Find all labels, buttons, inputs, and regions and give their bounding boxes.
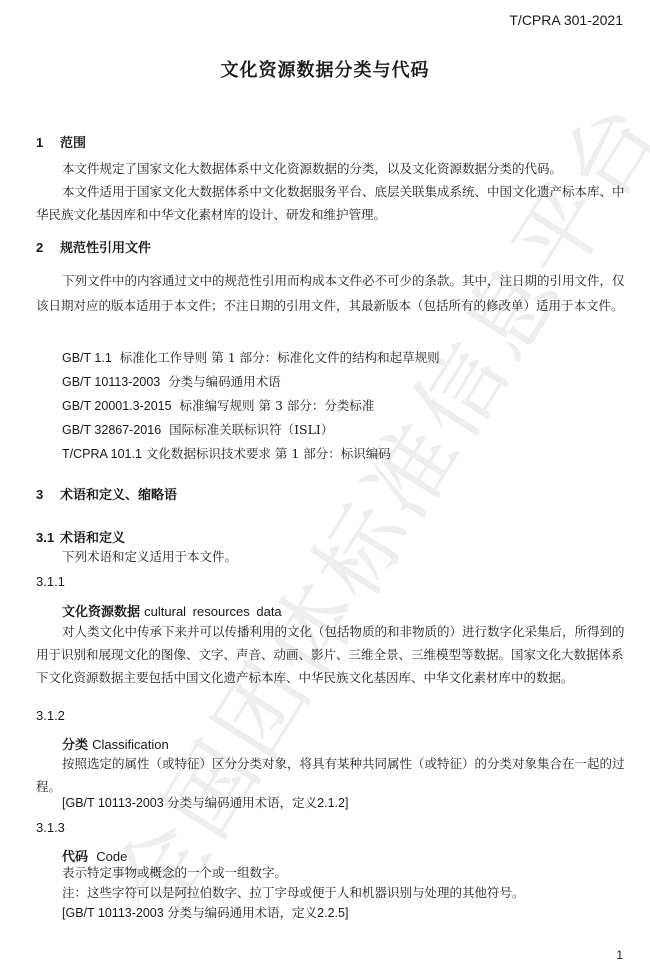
paragraph: 下列文件中的内容通过文中的规范性引用而构成本文件必不可少的条款。其中，注日期的引… bbox=[36, 268, 626, 318]
term-number: 3.1.1 bbox=[36, 574, 65, 589]
reference-item: GB/T 1.1 标准化工作导则 第 1 部分：标准化文件的结构和起草规则 bbox=[62, 346, 440, 370]
term-source: [GB/T 10113-2003 分类与编码通用术语，定义2.1.2] bbox=[62, 793, 348, 811]
reference-code: GB/T 20001.3-2015 bbox=[62, 399, 172, 413]
term-en: cultural resources data bbox=[144, 604, 282, 619]
subsection-3-1-heading: 3.1术语和定义 bbox=[36, 527, 125, 546]
reference-item: T/CPRA 101.1 文化数据标识技术要求 第 1 部分：标识编码 bbox=[62, 442, 440, 466]
section-title: 术语和定义、缩略语 bbox=[60, 488, 177, 503]
reference-title: 分类与编码通用术语 bbox=[168, 374, 281, 389]
source-citation: [GB/T 10113-2003 分类与编码通用术语，定义2.1.2] bbox=[62, 796, 348, 810]
reference-title: 标准编写规则 第 3 部分：分类标准 bbox=[180, 398, 375, 413]
term-number: 3.1.2 bbox=[36, 708, 65, 723]
section-2-intro: 下列文件中的内容通过文中的规范性引用而构成本文件必不可少的条款。其中，注日期的引… bbox=[36, 268, 626, 318]
paragraph: 表示特定事物或概念的一个或一组数字。 bbox=[62, 863, 525, 883]
reference-code: GB/T 10113-2003 bbox=[62, 375, 160, 389]
term-definition: 按照选定的属性（或特征）区分分类对象，将具有某种共同属性（或特征）的分类对象集合… bbox=[36, 752, 626, 798]
paragraph: 对人类文化中传承下来并可以传播利用的文化（包括物质的和非物质的）进行数字化采集后… bbox=[36, 620, 626, 689]
section-number: 2 bbox=[36, 240, 60, 255]
subsection-3-1-intro: 下列术语和定义适用于本文件。 bbox=[62, 545, 237, 568]
reference-code: GB/T 32867-2016 bbox=[62, 423, 161, 437]
watermark: 全国团体标准信息平台 bbox=[80, 225, 585, 933]
term-en: Code bbox=[96, 849, 127, 864]
term-definition: 表示特定事物或概念的一个或一组数字。 注：这些字符可以是阿拉伯数字、拉丁字母或便… bbox=[62, 863, 525, 923]
section-3-heading: 3术语和定义、缩略语 bbox=[36, 484, 177, 503]
section-2-heading: 2规范性引用文件 bbox=[36, 237, 151, 256]
term-zh: 分类 bbox=[62, 738, 88, 753]
section-1-heading: 1范围 bbox=[36, 132, 86, 151]
paragraph: 按照选定的属性（或特征）区分分类对象，将具有某种共同属性（或特征）的分类对象集合… bbox=[36, 752, 626, 798]
paragraph: 本文件规定了国家文化大数据体系中文化资源数据的分类，以及文化资源数据分类的代码。 bbox=[36, 157, 626, 180]
reference-title: 文化数据标识技术要求 第 1 部分：标识编码 bbox=[146, 446, 391, 461]
term-en: Classification bbox=[92, 737, 169, 752]
reference-item: GB/T 20001.3-2015 标准编写规则 第 3 部分：分类标准 bbox=[62, 394, 440, 418]
term-number: 3.1.3 bbox=[36, 820, 65, 835]
reference-code: T/CPRA 101.1 bbox=[62, 447, 142, 461]
reference-item: GB/T 10113-2003 分类与编码通用术语 bbox=[62, 370, 440, 394]
section-title: 范围 bbox=[60, 136, 86, 151]
page-number: 1 bbox=[616, 948, 623, 962]
section-1-body: 本文件规定了国家文化大数据体系中文化资源数据的分类，以及文化资源数据分类的代码。… bbox=[36, 157, 626, 226]
section-number: 3 bbox=[36, 487, 60, 502]
document-title: 文化资源数据分类与代码 bbox=[0, 56, 650, 82]
reference-title: 国际标准关联标识符（ISLI） bbox=[169, 422, 333, 437]
term-zh: 文化资源数据 bbox=[62, 605, 140, 620]
normative-references-list: GB/T 1.1 标准化工作导则 第 1 部分：标准化文件的结构和起草规则 GB… bbox=[62, 346, 440, 466]
reference-title: 标准化工作导则 第 1 部分：标准化文件的结构和起草规则 bbox=[120, 350, 440, 365]
section-title: 规范性引用文件 bbox=[60, 241, 151, 256]
source-citation: [GB/T 10113-2003 分类与编码通用术语，定义2.2.5] bbox=[62, 903, 525, 923]
reference-code: GB/T 1.1 bbox=[62, 351, 112, 365]
term-heading: 文化资源数据 cultural resources data bbox=[62, 601, 282, 620]
note: 注：这些字符可以是阿拉伯数字、拉丁字母或便于人和机器识别与处理的其他符号。 bbox=[62, 883, 525, 903]
document-code: T/CPRA 301-2021 bbox=[509, 12, 623, 28]
term-definition: 对人类文化中传承下来并可以传播利用的文化（包括物质的和非物质的）进行数字化采集后… bbox=[36, 620, 626, 689]
section-number: 1 bbox=[36, 135, 60, 150]
subsection-number: 3.1 bbox=[36, 530, 60, 545]
subsection-title: 术语和定义 bbox=[60, 531, 125, 546]
paragraph: 本文件适用于国家文化大数据体系中文化数据服务平台、底层关联集成系统、中国文化遗产… bbox=[36, 180, 626, 226]
reference-item: GB/T 32867-2016 国际标准关联标识符（ISLI） bbox=[62, 418, 440, 442]
term-heading: 分类 Classification bbox=[62, 734, 169, 753]
